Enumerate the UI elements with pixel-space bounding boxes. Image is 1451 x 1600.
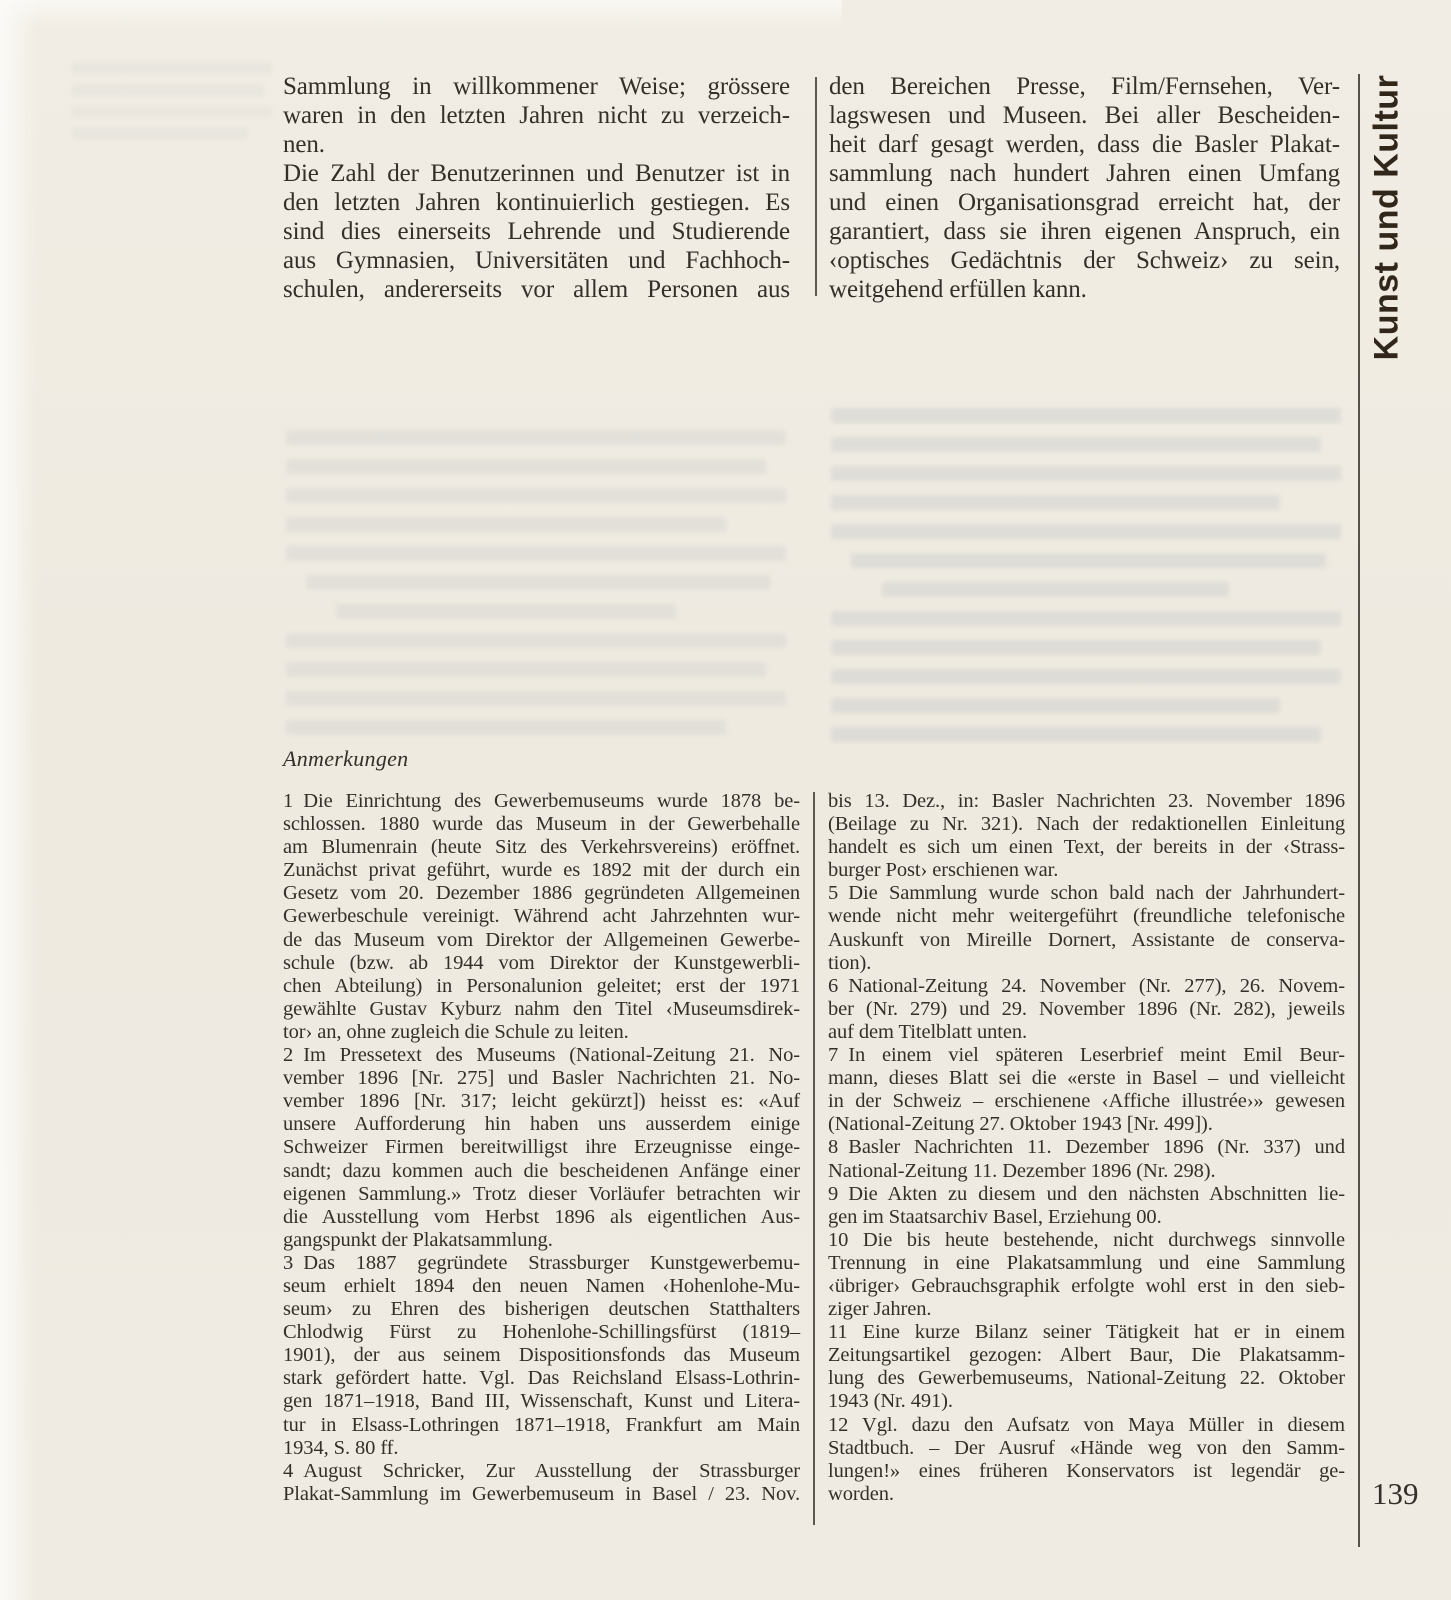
text-line: und einen Organisationsgrad erreicht hat… bbox=[829, 188, 1340, 217]
bleed-line bbox=[286, 430, 786, 445]
text-line: den Bereichen Presse, Film/Fernsehen, Ve… bbox=[829, 72, 1340, 101]
text-line: (National-Zeitung 27. Oktober 1943 [Nr. … bbox=[828, 1113, 1345, 1136]
bleed-line bbox=[831, 611, 1341, 626]
text-line: 1934, S. 80 ff. bbox=[283, 1437, 800, 1460]
bleed-through-right-column bbox=[831, 408, 1341, 756]
bleed-line bbox=[831, 524, 1341, 539]
text-line: (Beilage zu Nr. 321). Nach der redaktion… bbox=[828, 813, 1345, 836]
text-line: wende nicht mehr weitergeführt (freundli… bbox=[828, 905, 1345, 928]
text-line: lungen!» eines früheren Konservators ist… bbox=[828, 1460, 1345, 1483]
text-line: 7 In einem viel späteren Leserbrief mein… bbox=[828, 1044, 1345, 1067]
text-line: vember 1896 [Nr. 275] und Basler Nachric… bbox=[283, 1067, 800, 1090]
text-line: gen 1871–1918, Band III, Wissenschaft, K… bbox=[283, 1390, 800, 1413]
text-line: stark gefördert hatte. Vgl. Das Reichsla… bbox=[283, 1367, 800, 1390]
text-line: seum› zu Ehren des bisherigen deutschen … bbox=[283, 1298, 800, 1321]
bleed-line bbox=[286, 459, 766, 474]
text-line: sandt; dazu kommen auch die bescheidenen… bbox=[283, 1160, 800, 1183]
text-line: nen. bbox=[283, 130, 790, 159]
text-line: in der Schweiz – erschienene ‹Affiche il… bbox=[828, 1090, 1345, 1113]
text-line: den letzten Jahren kontinuierlich gestie… bbox=[283, 188, 790, 217]
bleed-line bbox=[831, 408, 1341, 423]
bleed-line bbox=[72, 106, 272, 118]
text-line: ber (Nr. 279) und 29. November 1896 (Nr.… bbox=[828, 998, 1345, 1021]
text-line: handelt es sich um einen Text, der berei… bbox=[828, 836, 1345, 859]
article-column-right: den Bereichen Presse, Film/Fernsehen, Ve… bbox=[829, 72, 1340, 304]
text-line: tion). bbox=[828, 952, 1345, 975]
text-line: 12 Vgl. dazu den Aufsatz von Maya Müller… bbox=[828, 1414, 1345, 1437]
text-line: tor› an, ohne zugleich die Schule zu lei… bbox=[283, 1021, 800, 1044]
bleed-through-margin bbox=[72, 62, 272, 150]
bleed-line bbox=[286, 720, 726, 735]
column-divider-notes bbox=[813, 792, 815, 1525]
text-line: bis 13. Dez., in: Basler Nachrichten 23.… bbox=[828, 790, 1345, 813]
bleed-line bbox=[72, 128, 248, 140]
page-number: 139 bbox=[1372, 1476, 1419, 1512]
text-line: am Blumenrain (heute Sitz des Verkehrsve… bbox=[283, 836, 800, 859]
text-line: Zeitungsartikel gezogen: Albert Baur, Di… bbox=[828, 1344, 1345, 1367]
text-line: ziger Jahren. bbox=[828, 1298, 1345, 1321]
notes-column-right: bis 13. Dez., in: Basler Nachrichten 23.… bbox=[828, 790, 1345, 1506]
text-line: de das Museum vom Direktor der Allgemein… bbox=[283, 929, 800, 952]
bleed-line bbox=[882, 582, 1229, 597]
text-line: Sammlung in willkommener Weise; grössere bbox=[283, 72, 790, 101]
text-line: Auskunft von Mireille Dornert, Assistant… bbox=[828, 929, 1345, 952]
text-line: schulen, andererseits vor allem Personen… bbox=[283, 275, 790, 304]
text-line: eigenen Sammlung.» Trotz dieser Vorläufe… bbox=[283, 1183, 800, 1206]
bleed-line bbox=[286, 517, 726, 532]
text-line: ‹optisches Gedächtnis der Schweiz› zu se… bbox=[829, 246, 1340, 275]
text-line: 6 National-Zeitung 24. November (Nr. 277… bbox=[828, 975, 1345, 998]
text-line: 4 August Schricker, Zur Ausstellung der … bbox=[283, 1460, 800, 1483]
bleed-line bbox=[336, 604, 676, 619]
text-line: lung des Gewerbemuseums, National-Zeitun… bbox=[828, 1367, 1345, 1390]
text-line: Stadtbuch. – Der Ausruf «Hände weg von d… bbox=[828, 1437, 1345, 1460]
text-line: schlossen. 1880 wurde das Museum in der … bbox=[283, 813, 800, 836]
text-line: chen Abteilung) in Personalunion geleite… bbox=[283, 975, 800, 998]
bleed-line bbox=[831, 437, 1321, 452]
text-line: die Ausstellung vom Herbst 1896 als eige… bbox=[283, 1206, 800, 1229]
scan-edge-highlight-left bbox=[0, 0, 44, 1600]
bleed-line bbox=[306, 575, 771, 590]
bleed-line bbox=[851, 553, 1325, 568]
text-line: 3 Das 1887 gegründete Strassburger Kunst… bbox=[283, 1252, 800, 1275]
bleed-line bbox=[286, 546, 786, 561]
scan-edge-highlight-top bbox=[0, 0, 842, 28]
text-line: Schweizer Firmen bereitwilligst ihre Erz… bbox=[283, 1136, 800, 1159]
text-line: weitgehend erfüllen kann. bbox=[829, 275, 1340, 304]
text-line: sind dies einerseits Lehrende und Studie… bbox=[283, 217, 790, 246]
section-sidebar: Kunst und Kultur bbox=[1360, 73, 1414, 361]
text-line: vember 1896 [Nr. 317; leicht gekürzt]) h… bbox=[283, 1090, 800, 1113]
bleed-line bbox=[831, 669, 1341, 684]
text-line: 1 Die Einrichtung des Gewerbemuseums wur… bbox=[283, 790, 800, 813]
text-line: Gesetz vom 20. Dezember 1886 gegründeten… bbox=[283, 882, 800, 905]
text-line: 9 Die Akten zu diesem und den nächsten A… bbox=[828, 1183, 1345, 1206]
text-line: mann, dieses Blatt sei die «erste in Bas… bbox=[828, 1067, 1345, 1090]
article-column-left: Sammlung in willkommener Weise; grössere… bbox=[283, 72, 790, 304]
scanned-page: Sammlung in willkommener Weise; grössere… bbox=[0, 0, 1451, 1600]
text-line: schule (bzw. ab 1944 vom Direktor der Ku… bbox=[283, 952, 800, 975]
notes-column-left: 1 Die Einrichtung des Gewerbemuseums wur… bbox=[283, 790, 800, 1506]
text-line: aus Gymnasien, Universitäten und Fachhoc… bbox=[283, 246, 790, 275]
text-line: seum erhielt 1894 den neuen Namen ‹Hohen… bbox=[283, 1275, 800, 1298]
text-line: 5 Die Sammlung wurde schon bald nach der… bbox=[828, 882, 1345, 905]
text-line: auf dem Titelblatt unten. bbox=[828, 1021, 1345, 1044]
text-line: Plakat-Sammlung im Gewerbemuseum in Base… bbox=[283, 1483, 800, 1506]
text-line: 8 Basler Nachrichten 11. Dezember 1896 (… bbox=[828, 1136, 1345, 1159]
text-line: 2 Im Pressetext des Museums (National-Ze… bbox=[283, 1044, 800, 1067]
bleed-line bbox=[286, 662, 766, 677]
text-line: gewählte Gustav Kyburz nahm den Titel ‹M… bbox=[283, 998, 800, 1021]
bleed-line bbox=[831, 640, 1321, 655]
text-line: 10 Die bis heute bestehende, nicht durch… bbox=[828, 1229, 1345, 1252]
text-line: gangspunkt der Plakatsammlung. bbox=[283, 1229, 800, 1252]
bleed-line bbox=[72, 62, 272, 74]
column-divider-top bbox=[815, 77, 817, 296]
text-line: Die Zahl der Benutzerinnen und Benutzer … bbox=[283, 159, 790, 188]
text-line: National-Zeitung 11. Dezember 1896 (Nr. … bbox=[828, 1160, 1345, 1183]
text-line: heit darf gesagt werden, dass die Basler… bbox=[829, 130, 1340, 159]
text-line: gen im Staatsarchiv Basel, Erziehung 00. bbox=[828, 1206, 1345, 1229]
bleed-line bbox=[831, 727, 1321, 742]
bleed-line bbox=[286, 488, 786, 503]
text-line: tur in Elsass-Lothringen 1871–1918, Fran… bbox=[283, 1414, 800, 1437]
section-label: Kunst und Kultur bbox=[1368, 74, 1407, 360]
text-line: Gewerbeschule vereinigt. Während acht Ja… bbox=[283, 905, 800, 928]
bleed-line bbox=[831, 495, 1280, 510]
bleed-through-left-column bbox=[286, 430, 786, 749]
text-line: waren in den letzten Jahren nicht zu ver… bbox=[283, 101, 790, 130]
text-line: lagswesen und Museen. Bei aller Bescheid… bbox=[829, 101, 1340, 130]
bleed-line bbox=[286, 633, 786, 648]
text-line: Chlodwig Fürst zu Hohenlohe-Schillingsfü… bbox=[283, 1321, 800, 1344]
text-line: 1901), der aus seinem Dispositionsfonds … bbox=[283, 1344, 800, 1367]
notes-heading: Anmerkungen bbox=[283, 746, 408, 772]
bleed-line bbox=[831, 466, 1341, 481]
text-line: unsere Aufforderung hin haben uns ausser… bbox=[283, 1113, 800, 1136]
text-line: burger Post› erschienen war. bbox=[828, 859, 1345, 882]
text-line: sammlung nach hundert Jahren einen Umfan… bbox=[829, 159, 1340, 188]
text-line: worden. bbox=[828, 1483, 1345, 1506]
text-line: Trennung in eine Plakatsammlung und eine… bbox=[828, 1252, 1345, 1275]
text-line: 1943 (Nr. 491). bbox=[828, 1390, 1345, 1413]
text-line: Zunächst privat geführt, wurde es 1892 m… bbox=[283, 859, 800, 882]
text-line: garantiert, dass sie ihren eigenen Anspr… bbox=[829, 217, 1340, 246]
bleed-line bbox=[286, 691, 786, 706]
text-line: ‹übriger› Gebrauchsgraphik erfolgte wohl… bbox=[828, 1275, 1345, 1298]
bleed-line bbox=[72, 84, 264, 96]
text-line: 11 Eine kurze Bilanz seiner Tätigkeit ha… bbox=[828, 1321, 1345, 1344]
bleed-line bbox=[831, 698, 1280, 713]
